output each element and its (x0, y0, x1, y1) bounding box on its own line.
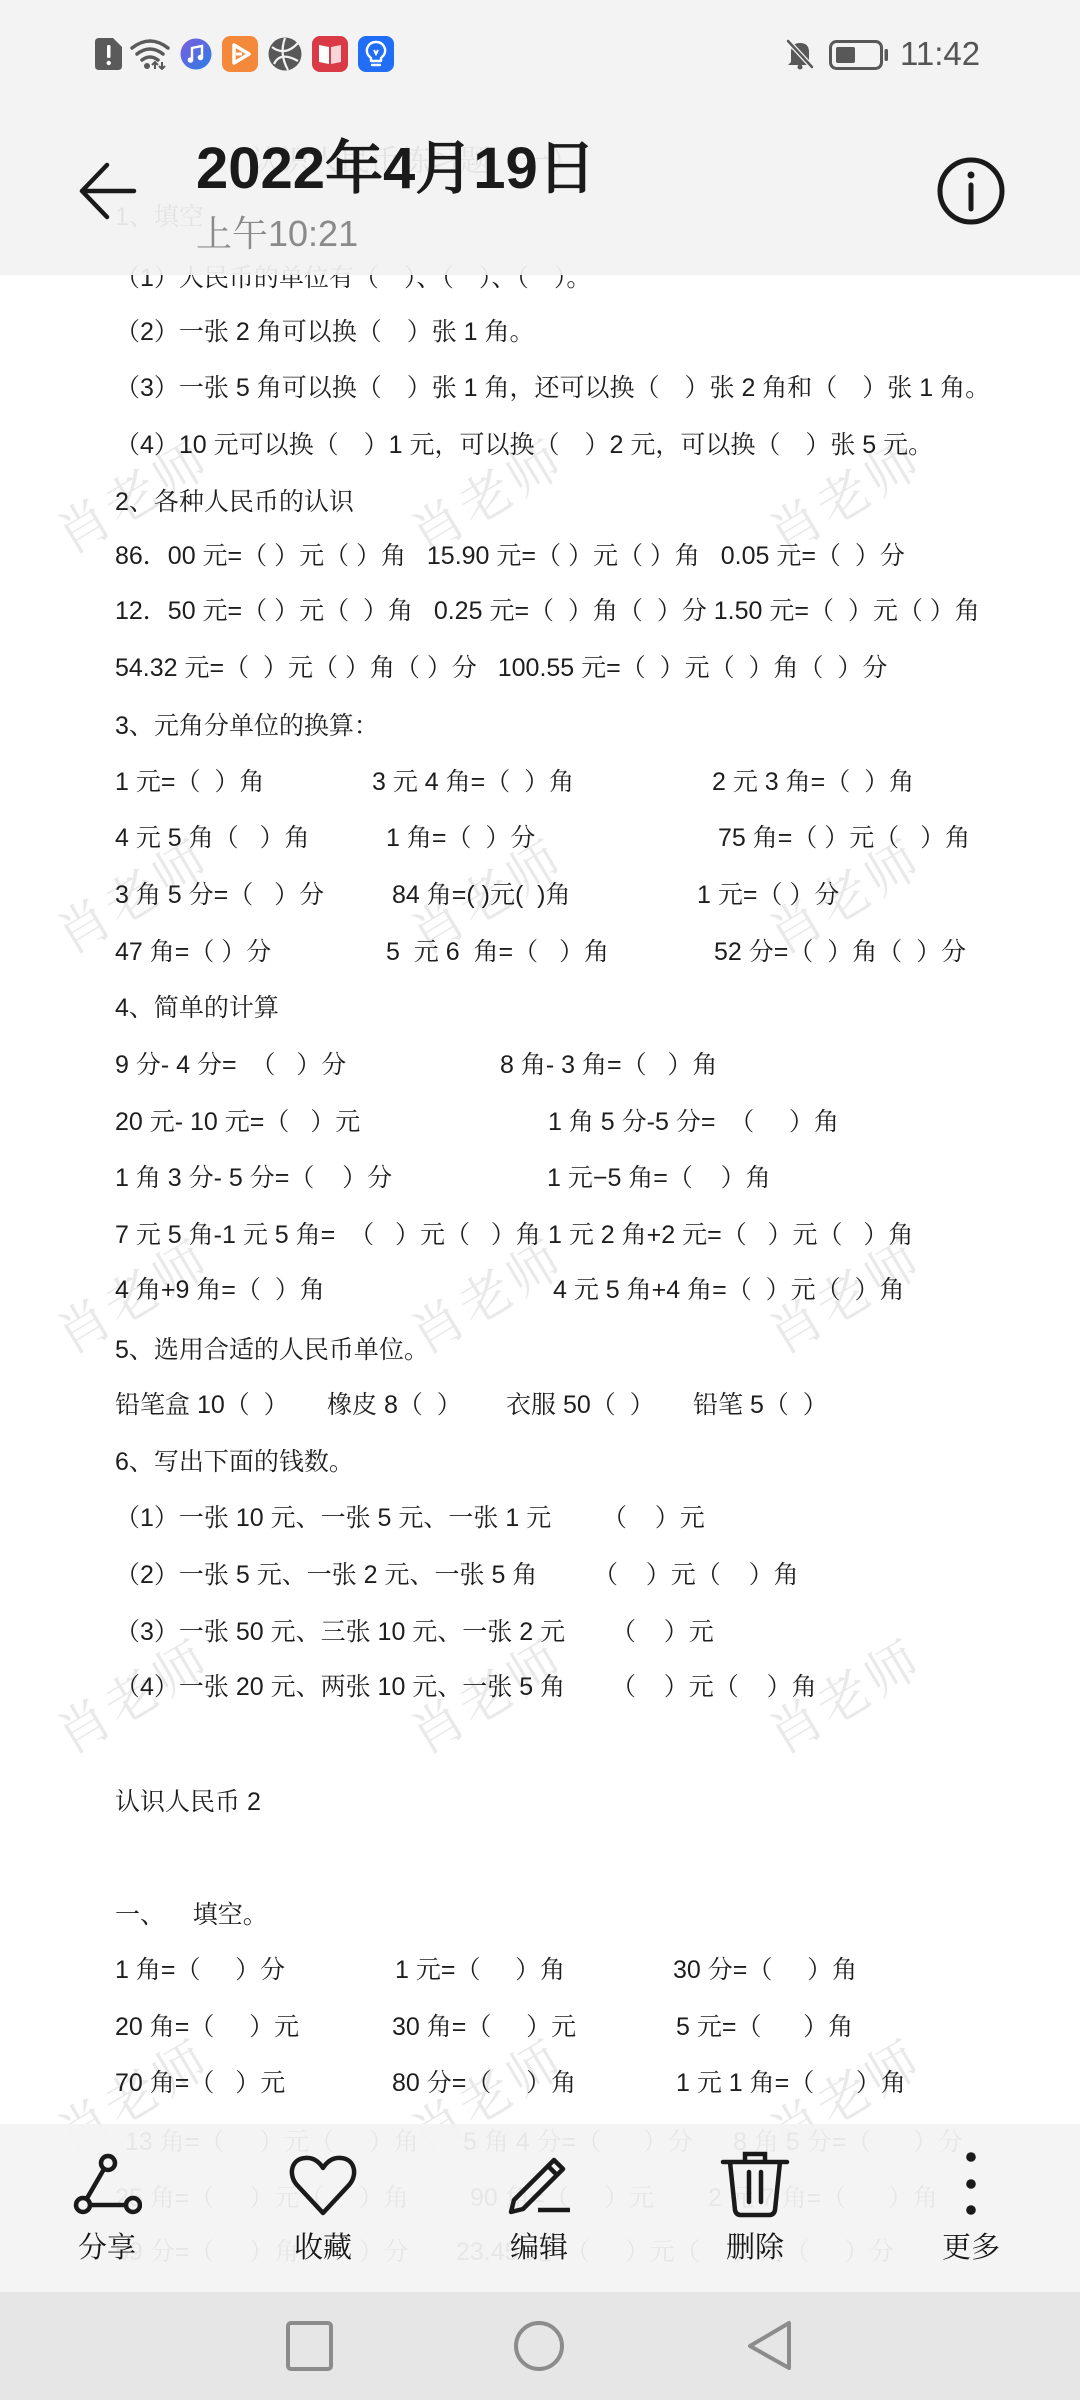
question-cell: 衣服 50（ ） (506, 1387, 655, 1423)
section-heading: 一、 填空。 (115, 1897, 268, 1933)
section-heading: 5、选用合适的人民币单位。 (115, 1332, 429, 1368)
bell-muted-icon (785, 38, 815, 70)
arrow-left-icon (82, 165, 134, 217)
question-cell: 47 角=（ ）分 (115, 934, 271, 970)
book-app-icon (312, 36, 348, 72)
question-cell: 1 角=（ ）分 (386, 820, 535, 856)
video-app-icon (222, 36, 258, 72)
question-cell: 1 元 1 角=（ ）角 (676, 2065, 906, 2101)
question-cell: 20 元- 10 元=（ ）元 (115, 1104, 360, 1140)
bottom-action-bar: 分享 收藏 编辑 删除 更多 (0, 2124, 1080, 2292)
question-cell: 铅笔 5（ ） (693, 1387, 828, 1423)
back-button[interactable] (76, 160, 138, 222)
question-cell: 20 角=（ ）元 (115, 2009, 299, 2045)
more-label: 更多 (863, 2230, 1079, 2266)
globe-app-icon (268, 37, 302, 71)
question-cell: 84 角=( )元( )角 (392, 877, 571, 913)
question-cell: 1 元 2 角+2 元=（ ）元（ ）角 (548, 1217, 913, 1253)
question-cell: 70 角=（ ）元 (115, 2065, 285, 2101)
more-button[interactable]: 更多 (863, 2124, 1079, 2292)
question-cell: 1 角 5 分-5 分= （ ）角 (548, 1104, 839, 1140)
question-cell: 5 元 6 角=（ ）角 (386, 934, 609, 970)
question-cell: 52 分=（ ）角（ ）分 (714, 934, 966, 970)
question-line: （4）10 元可以换（ ）1 元，可以换（ ）2 元，可以换（ ）张 5 元。 (115, 427, 933, 463)
delete-label: 删除 (647, 2230, 863, 2266)
question-cell: 1 元−5 角=（ ）角 (547, 1160, 771, 1196)
recent-apps-icon (288, 2323, 331, 2369)
question-line: （2）一张 2 角可以换（ ）张 1 角。 (115, 314, 535, 350)
document-subtitle: 认识人民币 2 (115, 1784, 261, 1820)
question-cell: 1 角=（ ）分 (115, 1952, 285, 1988)
answer-blank: （ ）元 (602, 1500, 705, 1536)
edit-label: 编辑 (431, 2230, 647, 2266)
info-button[interactable] (936, 156, 1006, 226)
wifi-icon (130, 38, 170, 70)
heart-icon (288, 2150, 358, 2220)
system-nav-bar (0, 2292, 1080, 2400)
question-cell: 80 分=（ ）角 (392, 2065, 576, 2101)
note-image-content[interactable]: 肖老师 肖老师 肖老师 肖老师 肖老师 肖老师 肖老师 肖老师 肖老师 肖老师 … (0, 0, 1080, 2400)
section-heading: 2、各种人民币的认识 (115, 484, 354, 520)
back-nav-button[interactable] (744, 2319, 796, 2373)
trash-icon (720, 2150, 790, 2220)
question-cell: 30 角=（ ）元 (392, 2009, 576, 2045)
question-cell: 3 元 4 角=（ ）角 (372, 764, 574, 800)
answer-blank: （ ）元（ ）角 (611, 1669, 817, 1705)
question-cell: （1）一张 10 元、一张 5 元、一张 1 元 (115, 1500, 551, 1536)
question-line: （3）一张 5 角可以换（ ）张 1 角，还可以换（ ）张 2 角和（ ）张 1… (115, 370, 990, 406)
home-button[interactable] (512, 2319, 566, 2373)
answer-blank: （ ）元（ ）角 (593, 1557, 799, 1593)
question-line: 54.32 元=（ ）元（ ）角（ ）分 100.55 元=（ ）元（ ）角（ … (115, 650, 887, 686)
question-cell: 橡皮 8（ ） (327, 1387, 462, 1423)
share-label: 分享 (0, 2230, 215, 2266)
question-cell: 1 元=（ ）角 (395, 1952, 565, 1988)
info-icon (940, 160, 1002, 222)
page-subtitle-time: 上午10:21 (196, 214, 358, 254)
delete-button[interactable]: 删除 (647, 2124, 863, 2292)
back-triangle-icon (750, 2323, 789, 2368)
question-cell: 铅笔盒 10（ ） (115, 1387, 289, 1423)
recent-apps-button[interactable] (284, 2319, 336, 2373)
more-vertical-icon (936, 2150, 1006, 2220)
question-line: 86．00 元=（ ）元（ ）角 15.90 元=（ ）元（ ）角 0.05 元… (115, 538, 905, 574)
question-cell: 8 角- 3 角=（ ）角 (500, 1047, 717, 1083)
question-cell: 9 分- 4 分= （ ）分 (115, 1047, 346, 1083)
status-time: 11:42 (900, 36, 980, 72)
question-cell: （3）一张 50 元、三张 10 元、一张 2 元 (115, 1614, 565, 1650)
sim-alert-icon (95, 38, 123, 70)
question-cell: 75 角=（ ）元（ ）角 (718, 820, 970, 856)
section-heading: 6、写出下面的钱数。 (115, 1444, 354, 1480)
question-cell: 4 元 5 角+4 角=（ ）元（ ）角 (553, 1272, 904, 1308)
pencil-icon (504, 2150, 574, 2220)
share-button[interactable]: 分享 (0, 2124, 215, 2292)
question-cell: 2 元 3 角=（ ）角 (712, 764, 914, 800)
question-cell: 7 元 5 角-1 元 5 角= （ ）元（ ）角 (115, 1217, 541, 1253)
question-cell: 4 元 5 角（ ）角 (115, 820, 309, 856)
question-cell: 5 元=（ ）角 (676, 2009, 853, 2045)
question-cell: （4）一张 20 元、两张 10 元、一张 5 角 (115, 1669, 565, 1705)
favorite-button[interactable]: 收藏 (215, 2124, 431, 2292)
question-cell: 1 元=（ ）分 (697, 877, 839, 913)
bulb-app-icon (358, 36, 394, 72)
home-icon (516, 2323, 562, 2369)
share-icon (72, 2150, 142, 2220)
question-cell: 4 角+9 角=（ ）角 (115, 1272, 325, 1308)
favorite-label: 收藏 (215, 2230, 431, 2266)
question-cell: 1 元=（ ）角 (115, 764, 264, 800)
answer-blank: （ ）元 (611, 1614, 714, 1650)
question-cell: 3 角 5 分=（ ）分 (115, 877, 324, 913)
question-cell: （2）一张 5 元、一张 2 元、一张 5 角 (115, 1557, 537, 1593)
question-cell: 30 分=（ ）角 (673, 1952, 857, 1988)
edit-button[interactable]: 编辑 (431, 2124, 647, 2292)
page-title: 2022年4月19日 (196, 136, 596, 202)
section-heading: 3、元角分单位的换算： (115, 708, 379, 744)
music-app-icon (180, 38, 212, 70)
question-line: 12．50 元=（ ）元（ ）角 0.25 元=（ ）角（ ）分 1.50 元=… (115, 593, 980, 629)
question-cell: 1 角 3 分- 5 分=（ ）分 (115, 1160, 392, 1196)
section-heading: 4、简单的计算 (115, 990, 279, 1026)
battery-icon (829, 40, 889, 70)
